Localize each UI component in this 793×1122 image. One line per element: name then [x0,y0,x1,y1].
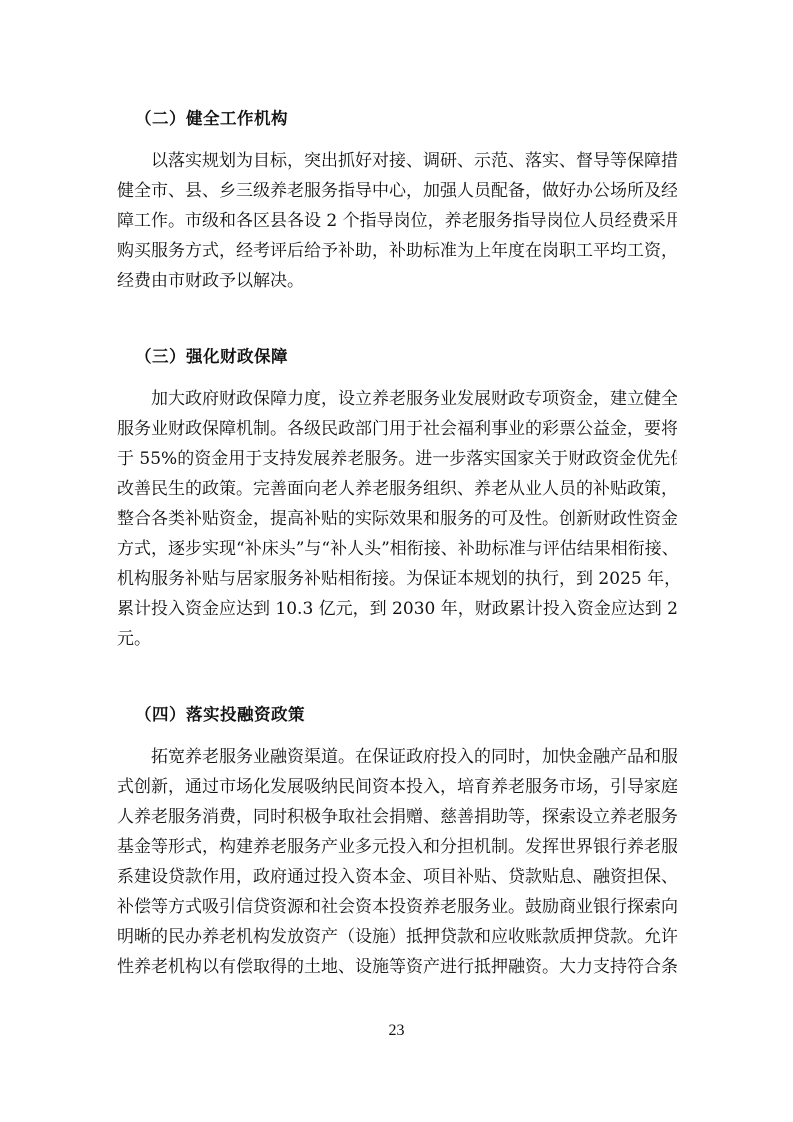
paragraph-line: 以落实规划为目标，突出抓好对接、调研、示范、落实、督导等保障措施， [117,146,677,176]
section-paragraph-2: 以落实规划为目标，突出抓好对接、调研、示范、落实、督导等保障措施， 健全市、县、… [117,146,677,296]
paragraph-line: 服务业财政保障机制。各级民政部门用于社会福利事业的彩票公益金，要将不低 [117,414,677,444]
section-heading-2: （二）健全工作机构 [117,105,677,129]
paragraph-line: 明晰的民办养老机构发放资产（设施）抵押贷款和应收账款质押贷款。允许营利 [117,922,677,952]
paragraph-line: 基金等形式，构建养老服务产业多元投入和分担机制。发挥世界银行养老服务体 [117,832,677,862]
paragraph-line: 机构服务补贴与居家服务补贴相衔接。为保证本规划的执行，到 2025 年，财政 [117,564,677,594]
paragraph-line: 元。 [117,624,677,654]
section-paragraph-3: 加大政府财政保障力度，设立养老服务业发展财政专项资金，建立健全养老 服务业财政保… [117,384,677,654]
paragraph-line: 系建设贷款作用，政府通过投入资本金、项目补贴、贷款贴息、融资担保、风险 [117,862,677,892]
paragraph-line: 性养老机构以有偿取得的土地、设施等资产进行抵押融资。大力支持符合条件的 [117,952,677,982]
paragraph-line: 累计投入资金应达到 10.3 亿元，到 2030 年，财政累计投入资金应达到 2… [117,594,677,624]
page-number: 23 [0,1022,793,1040]
section-heading-4: （四）落实投融资政策 [117,701,677,725]
paragraph-line: 方式，逐步实现“补床头”与“补人头”相衔接、补助标准与评估结果相衔接、 [117,534,677,564]
section-heading-3: （三）强化财政保障 [117,343,677,367]
paragraph-line: 于 55%的资金用于支持发展养老服务。进一步落实国家关于财政资金优先保障和 [117,444,677,474]
paragraph-line: 式创新，通过市场化发展吸纳民间资本投入，培育养老服务市场，引导家庭和个 [117,772,677,802]
paragraph-line: 改善民生的政策。完善面向老人养老服务组织、养老从业人员的补贴政策，适时 [117,474,677,504]
paragraph-line: 拓宽养老服务业融资渠道。在保证政府投入的同时，加快金融产品和服务方 [117,742,677,772]
section-paragraph-4: 拓宽养老服务业融资渠道。在保证政府投入的同时，加快金融产品和服务方 式创新，通过… [117,742,677,982]
paragraph-line: 健全市、县、乡三级养老服务指导中心，加强人员配备，做好办公场所及经费保 [117,176,677,206]
paragraph-line: 经费由市财政予以解决。 [117,266,677,296]
paragraph-line: 补偿等方式吸引信贷资源和社会资本投资养老服务业。鼓励商业银行探索向产权 [117,892,677,922]
paragraph-line: 障工作。市级和各区县各设 2 个指导岗位，养老服务指导岗位人员经费采用政府 [117,206,677,236]
paragraph-line: 人养老服务消费，同时积极争取社会捐赠、慈善捐助等，探索设立养老服务产业 [117,802,677,832]
paragraph-line: 购买服务方式，经考评后给予补助，补助标准为上年度在岗职工平均工资，所需 [117,236,677,266]
paragraph-line: 加大政府财政保障力度，设立养老服务业发展财政专项资金，建立健全养老 [117,384,677,414]
paragraph-line: 整合各类补贴资金，提高补贴的实际效果和服务的可及性。创新财政性资金补贴 [117,504,677,534]
